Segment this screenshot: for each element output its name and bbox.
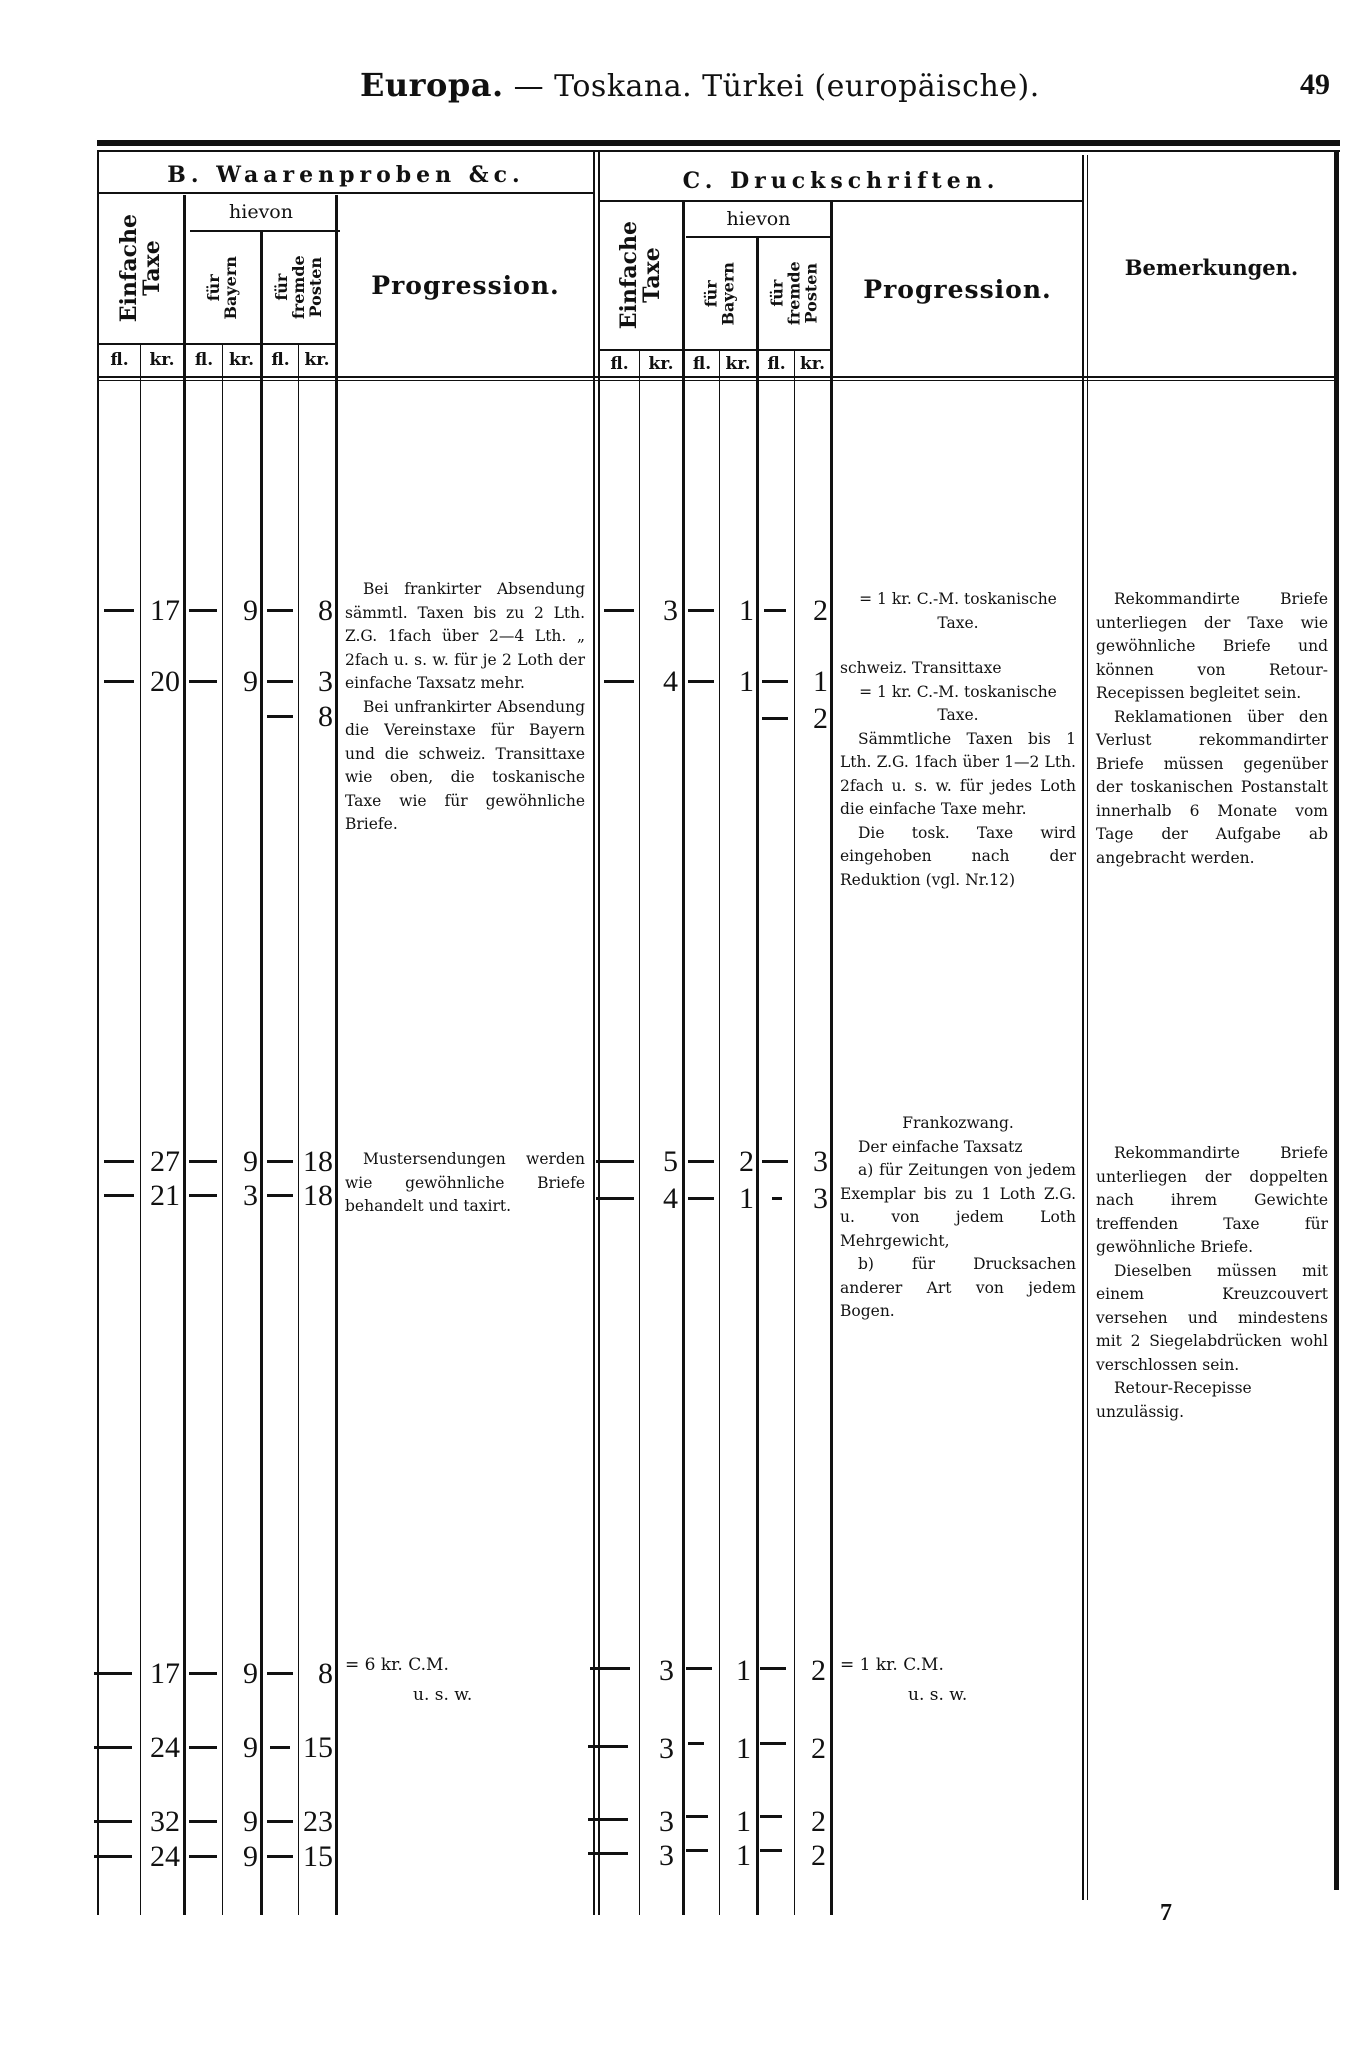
c-einf-fl-dash	[590, 1667, 630, 1670]
b-einfache-taxe-header: Einfache Taxe	[99, 194, 183, 343]
page-title: Europa. — Toskana. Türkei (europäische).	[360, 66, 1040, 104]
b-einf-fl-dash	[104, 609, 134, 612]
c-einf-fl-dash	[596, 1160, 634, 1163]
b-einf-fl-dash	[94, 1820, 132, 1823]
b-progression-rate: = 6 kr. C.M.	[345, 1654, 585, 1678]
c-fremd-fl-dash	[760, 1849, 782, 1852]
b-fremd-kr: 3	[298, 667, 333, 697]
c-fremd-fl-dash	[764, 609, 786, 612]
c-bay-kr: 1	[719, 1656, 751, 1686]
b-bay-fl-dash	[189, 1160, 217, 1163]
c-progression-reduktion: Die tosk. Taxe wird eingehoben nach der …	[840, 822, 1076, 893]
divider-b-c-2	[598, 150, 600, 1915]
b-progression-header: Progression.	[338, 194, 593, 376]
c-progression-block-2: Frankozwang. Der einfache Taxsatz a) für…	[840, 1112, 1076, 1324]
bemerkungen-block-1: Rekommandirte Briefe unterliegen der Tax…	[1096, 588, 1328, 870]
c-fremd-unit-fl: fl.	[759, 351, 794, 377]
section-b-title: B. Waarenproben &c.	[99, 158, 593, 192]
c-progression-header: Progression.	[833, 202, 1082, 376]
c-bay-fl-dash	[686, 1849, 708, 1852]
c-bay-kr: 1	[719, 1807, 751, 1837]
b-einf-bay	[183, 195, 186, 1915]
b-fremd-kr: 8	[298, 702, 333, 732]
b-einf-fl-dash	[94, 1746, 132, 1749]
bemerkungen-block-2: Rekommandirte Briefe unterliegen der dop…	[1096, 1142, 1328, 1424]
b-progression-usw: u. s. w.	[345, 1678, 585, 1708]
b-bay-fl-dash	[189, 609, 217, 612]
c-unit-kr: kr.	[640, 351, 682, 377]
b-einf-kr: 20	[140, 667, 180, 697]
b-einf-kr: 24	[140, 1733, 180, 1763]
b-bay-unit-fl: fl.	[186, 345, 222, 375]
c-progression-usw: u. s. w.	[840, 1678, 1076, 1708]
b-fremd-kr: 23	[298, 1807, 333, 1837]
b-progression-block-1: Bei frankirter Absendung sämmtl. Taxen b…	[345, 578, 585, 837]
c-bay-kr: 1	[719, 667, 754, 697]
c-einf-kr: 3	[640, 1841, 674, 1871]
b-progression-block-3: = 6 kr. C.M. u. s. w.	[345, 1654, 585, 1707]
divider-b-c	[593, 150, 595, 1915]
c-fremd-unit-kr: kr.	[795, 351, 830, 377]
c-einf-kr: 3	[640, 1807, 674, 1837]
c-einf-fl-dash	[588, 1818, 628, 1821]
b-unit-kr: kr.	[141, 345, 183, 375]
b-bay-fl-dash	[189, 1194, 217, 1197]
b-bay-kr: 9	[222, 667, 258, 697]
b-progression-block-2: Mustersendungen werden wie gewöhnliche B…	[345, 1148, 585, 1219]
b-fremd-kr: 15	[298, 1842, 333, 1872]
header-bottom-rule-2	[99, 380, 1337, 381]
b-einf-kr: 21	[140, 1181, 180, 1211]
c-bay-kr: 1	[719, 596, 754, 626]
b-einf-kr: 17	[140, 1659, 180, 1689]
b-fremd-fl-dash	[267, 715, 293, 718]
c-einfache-taxe-header: Einfache Taxe	[600, 202, 682, 349]
b-einf-kr: 24	[140, 1842, 180, 1872]
c-einf-fl-dash	[588, 1852, 628, 1855]
b-einf-fl-dash	[104, 680, 134, 683]
b-fremd-kr: 8	[298, 596, 333, 626]
c-fremd-kr: 3	[794, 1147, 828, 1177]
c-einf-fl-dash	[604, 680, 634, 683]
b-fremd-prog	[335, 195, 338, 1915]
c-fremde-header: für fremde Posten	[759, 238, 830, 349]
c-fremd-prog	[830, 200, 833, 1915]
c-fremd-fl-dash	[762, 1160, 788, 1163]
b-bay-fremd	[260, 232, 263, 1915]
b-einf-fl-dash	[94, 1672, 132, 1675]
b-einf-fl-dash	[94, 1855, 132, 1858]
c-bay-fl-dash	[688, 680, 714, 683]
c-progression-zeitungen: a) für Zeitungen von jedem Exemplar bis …	[840, 1159, 1076, 1253]
c-fremd-fl-dash	[762, 680, 788, 683]
c-bay-kr: 1	[719, 1184, 754, 1214]
b-bay-fl-dash	[189, 1855, 217, 1858]
c-bay-unit-fl: fl.	[685, 351, 719, 377]
c-progression-rate: = 1 kr. C.M.	[840, 1654, 1076, 1678]
c-einf-kr: 4	[640, 1184, 678, 1214]
b-unit-fl: fl.	[99, 345, 140, 375]
c-bay-fl-dash	[688, 1160, 714, 1163]
b-bay-kr: 9	[222, 1842, 258, 1872]
c-fremd-kr: 2	[794, 596, 828, 626]
b-fremd-kr: 15	[298, 1733, 333, 1763]
b-fremd-kr: 8	[298, 1659, 333, 1689]
c-bay-fremd	[756, 238, 759, 1915]
c-progression-block-3: = 1 kr. C.M. u. s. w.	[840, 1654, 1076, 1707]
c-fremd-fl-dash	[762, 717, 788, 720]
top-rule-thin	[97, 150, 1340, 152]
signature-mark: 7	[1160, 1900, 1172, 1927]
b-fremd-kr: 18	[298, 1147, 333, 1177]
table-left-border	[97, 150, 99, 1915]
b-fremd-fl-dash	[267, 1820, 293, 1823]
c-progression-drucksachen: b) für Drucksachen anderer Art von jedem…	[840, 1253, 1076, 1324]
b-fremd-fl-dash	[267, 1672, 293, 1675]
bemerkung-kreuzcouvert: Dieselben müssen mit einem Kreuzcouvert …	[1096, 1260, 1328, 1378]
b-bay-fl-dash	[189, 680, 217, 683]
b-einf-fl-dash	[104, 1160, 134, 1163]
c-einf-kr: 3	[640, 1656, 674, 1686]
c-fremd-kr: 2	[794, 1841, 826, 1871]
b-fremd-fl-dash	[267, 609, 293, 612]
bemerkung-rekommandirt-1: Rekommandirte Briefe unterliegen der Tax…	[1096, 588, 1328, 706]
c-einf-kr: 3	[640, 596, 678, 626]
b-bay-fl-dash	[189, 1820, 217, 1823]
c-progression-taxsatz: Der einfache Taxsatz	[840, 1136, 1076, 1160]
b-fremd-fl-dash	[267, 680, 293, 683]
b-progression-frankirt: Bei frankirter Absendung sämmtl. Taxen b…	[345, 578, 585, 696]
b-bayern-header: für Bayern	[186, 232, 260, 343]
c-progression-saemmtliche: Sämmtliche Taxen bis 1 Lth. Z.G. 1fach ü…	[840, 728, 1076, 822]
c-hievon-header: hievon	[685, 202, 832, 236]
c-einf-fl-dash	[604, 609, 634, 612]
c-bay-fl-dash	[688, 1197, 714, 1200]
c-fremd-fl-dash	[772, 1197, 782, 1200]
top-rule	[97, 140, 1340, 146]
running-head: Europa. — Toskana. Türkei (europäische).…	[0, 66, 1360, 116]
b-fremd-fl-dash	[270, 1746, 290, 1749]
c-unit-fl: fl.	[600, 351, 639, 377]
divider-c-bem	[1082, 155, 1084, 1900]
c-bay-fl-dash	[686, 1815, 708, 1818]
c-einf-kr: 4	[640, 667, 678, 697]
c-fremd-fl-dash	[760, 1815, 782, 1818]
c-bay-kr: 1	[719, 1734, 751, 1764]
divider-c-bem-2	[1087, 155, 1088, 1900]
b-bay-kr: 3	[222, 1181, 258, 1211]
table-right-border	[1334, 150, 1339, 1890]
c-fremd-kr: 2	[794, 1807, 826, 1837]
bemerkungen-header: Bemerkungen.	[1089, 158, 1334, 376]
b-hievon-header: hievon	[186, 195, 336, 229]
b-einf-kr: 17	[140, 596, 180, 626]
b-fremd-kr: 18	[298, 1181, 333, 1211]
c-fremd-kr: 1	[794, 667, 828, 697]
c-einf-fl-dash	[588, 1745, 628, 1748]
c-fremd-kr: 3	[794, 1184, 828, 1214]
c-bayern-header: für Bayern	[685, 238, 756, 349]
bemerkung-reklamationen: Reklamationen über den Verlust rekommand…	[1096, 706, 1328, 871]
b-fremd-unit-fl: fl.	[263, 345, 298, 375]
c-einf-kr: 3	[640, 1734, 674, 1764]
b-fremd-fl-dash	[267, 1194, 293, 1197]
b-fremd-unit-kr: kr.	[299, 345, 335, 375]
b-bay-fl-dash	[189, 1672, 217, 1675]
bemerkung-retour-recepisse: Retour-Recepisse unzulässig.	[1096, 1377, 1328, 1424]
c-progression-row1: = 1 kr. C.-M. toskanische Taxe.	[840, 588, 1076, 635]
b-progression-unfrankirt: Bei unfrankirter Absendung die Vereinsta…	[345, 696, 585, 837]
c-einf-kr: 5	[640, 1147, 678, 1177]
b-fremd-fl-dash	[267, 1855, 293, 1858]
section-c-title: C. Druckschriften.	[600, 162, 1082, 200]
b-fremde-header: für fremde Posten	[263, 232, 335, 343]
c-fremd-kr: 2	[794, 704, 828, 734]
c-fremd-fl-dash	[760, 1742, 786, 1745]
c-bay-fl-dash	[688, 609, 714, 612]
b-bay-kr: 9	[222, 1659, 258, 1689]
c-einf-fl-dash	[596, 1197, 634, 1200]
c-bay-fl-dash	[688, 1742, 704, 1745]
c-einf-bay	[682, 200, 685, 1915]
c-fremd-kr: 2	[794, 1656, 826, 1686]
b-bay-kr: 9	[222, 1807, 258, 1837]
b-einf-fl-dash	[104, 1194, 134, 1197]
b-bay-kr: 9	[222, 596, 258, 626]
bemerkung-rekommandirt-2: Rekommandirte Briefe unterliegen der dop…	[1096, 1142, 1328, 1260]
b-fremd-fl-dash	[267, 1160, 293, 1163]
page-number: 49	[1300, 68, 1330, 102]
b-bay-unit-kr: kr.	[223, 345, 260, 375]
b-bay-kr: 9	[222, 1147, 258, 1177]
c-bay-unit-kr: kr.	[720, 351, 756, 377]
c-progression-frankozwang: Frankozwang.	[840, 1112, 1076, 1136]
b-progression-muster: Mustersendungen werden wie gewöhnliche B…	[345, 1148, 585, 1219]
b-bay-fl-dash	[189, 1746, 217, 1749]
c-progression-block-1: = 1 kr. C.-M. toskanische Taxe. schweiz.…	[840, 588, 1076, 892]
c-progression-row2: schweiz. Transittaxe	[840, 657, 1076, 681]
c-fremd-fl-dash	[760, 1667, 786, 1670]
c-bay-kr: 2	[719, 1147, 754, 1177]
b-bay-kr: 9	[222, 1733, 258, 1763]
b-einf-kr: 32	[140, 1807, 180, 1837]
c-progression-row3: = 1 kr. C.-M. toskanische Taxe.	[840, 681, 1076, 728]
c-bay-fl-dash	[686, 1667, 712, 1670]
b-einf-kr: 27	[140, 1147, 180, 1177]
c-fremd-kr: 2	[794, 1734, 826, 1764]
c-bay-kr: 1	[719, 1841, 751, 1871]
